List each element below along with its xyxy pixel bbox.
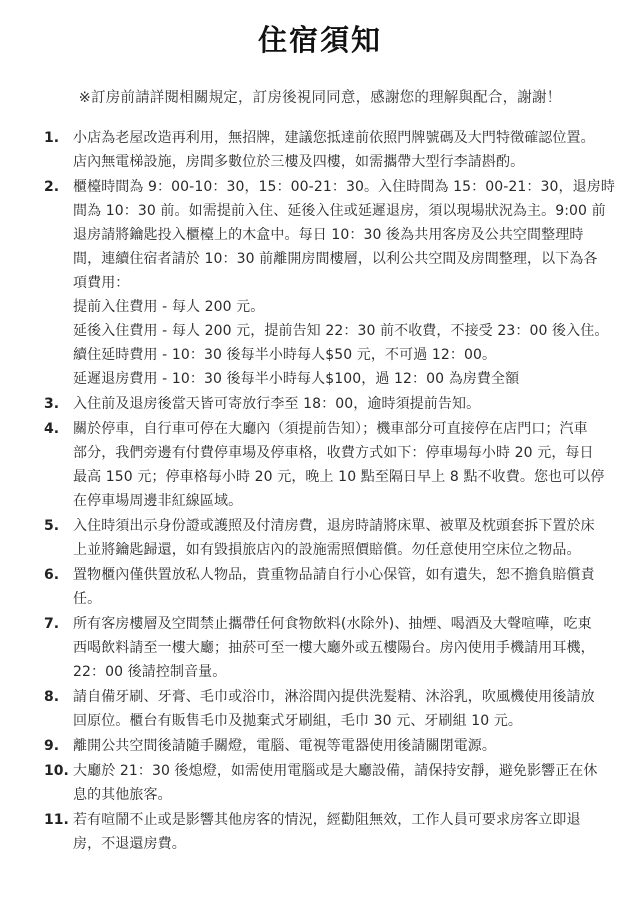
rule-item: 3.入住前及退房後當天皆可寄放行李至 18：00，逾時須提前告知。 (0, 392, 640, 416)
rule-text-line: 間，連續住宿者請於 10：30 前離開房間樓層，以利公共空間及房間整理，以下為各 (73, 247, 613, 271)
rule-text-line: 置物櫃內僅供置放私人物品，貴重物品請自行小心保管，如有遺失，恕不擔負賠償責 (73, 563, 613, 587)
rule-text-line: 關於停車，自行車可停在大廳內（須提前告知）；機車部分可直接停在店門口；汽車 (73, 417, 613, 441)
rule-item: 8.請自備牙刷、牙膏、毛巾或浴巾，淋浴間內提供洗髮精、沐浴乳，吹風機使用後請放回… (0, 685, 640, 733)
rule-text-line: 上並將鑰匙歸還，如有毀損旅店內的設施需照價賠償。勿任意使用空床位之物品。 (73, 538, 613, 562)
rule-text-line: 續住延時費用 - 10：30 後每半小時每人$50 元，不可過 12：00。 (73, 343, 613, 367)
rule-number: 7. (44, 612, 59, 636)
rule-text-line: 小店為老屋改造再利用，無招牌，建議您抵達前依照門牌號碼及大門特徵確認位置。 (73, 126, 613, 150)
rule-text-line: 任。 (73, 587, 613, 611)
rule-number: 4. (44, 417, 59, 441)
rule-text-line: 入住時須出示身份證或護照及付清房費，退房時請將床單、被單及枕頭套拆下置於床 (73, 514, 613, 538)
rule-text-line: 回原位。櫃台有販售毛巾及拋棄式牙刷組，毛巾 30 元、牙刷組 10 元。 (73, 709, 613, 733)
rule-text-line: 店內無電梯設施，房間多數位於三樓及四樓，如需攜帶大型行李請斟酌。 (73, 150, 613, 174)
rule-text-line: 離開公共空間後請隨手關燈，電腦、電視等電器使用後請關閉電源。 (73, 734, 613, 758)
rule-item: 1.小店為老屋改造再利用，無招牌，建議您抵達前依照門牌號碼及大門特徵確認位置。店… (0, 126, 640, 174)
rule-text-line: 項費用： (73, 271, 613, 295)
rule-number: 5. (44, 514, 59, 538)
rule-item: 7.所有客房樓層及空間禁止攜帶任何食物飲料(水除外)、抽煙、喝酒及大聲喧嘩，吃東… (0, 612, 640, 684)
rule-item: 4.關於停車，自行車可停在大廳內（須提前告知）；機車部分可直接停在店門口；汽車部… (0, 417, 640, 513)
rule-number: 10. (44, 759, 69, 783)
rule-text-line: 西喝飲料請至一樓大廳；抽菸可至一樓大廳外或五樓陽台。房內使用手機請用耳機， (73, 636, 613, 660)
rule-text-line: 最高 150 元；停車格每小時 20 元，晚上 10 點至隔日早上 8 點不收費… (73, 465, 613, 489)
rule-number: 9. (44, 734, 59, 758)
rule-number: 3. (44, 392, 59, 416)
rule-item: 5.入住時須出示身份證或護照及付清房費，退房時請將床單、被單及枕頭套拆下置於床上… (0, 514, 640, 562)
rule-number: 2. (44, 175, 59, 199)
rule-text-line: 提前入住費用 - 每人 200 元。 (73, 295, 613, 319)
rule-text-line: 入住前及退房後當天皆可寄放行李至 18：00，逾時須提前告知。 (73, 392, 613, 416)
rule-text-line: 所有客房樓層及空間禁止攜帶任何食物飲料(水除外)、抽煙、喝酒及大聲喧嘩，吃東 (73, 612, 613, 636)
rule-item: 6.置物櫃內僅供置放私人物品，貴重物品請自行小心保管，如有遺失，恕不擔負賠償責任… (0, 563, 640, 611)
rule-text-line: 22：00 後請控制音量。 (73, 660, 613, 684)
rule-text-line: 大廳於 21：30 後熄燈，如需使用電腦或是大廳設備，請保持安靜，避免影響正在休 (73, 759, 613, 783)
rule-number: 6. (44, 563, 59, 587)
rule-text-line: 櫃檯時間為 9：00-10：30，15：00-21：30。入住時間為 15：00… (73, 175, 613, 199)
rules-list: 1.小店為老屋改造再利用，無招牌，建議您抵達前依照門牌號碼及大門特徵確認位置。店… (0, 126, 640, 857)
rule-text-line: 若有喧鬧不止或是影響其他房客的情況，經勸阻無效，工作人員可要求房客立即退 (73, 808, 613, 832)
rule-text-line: 延後入住費用 - 每人 200 元，提前告知 22：30 前不收費，不接受 23… (73, 319, 613, 343)
rule-text-line: 房，不退還房費。 (73, 832, 613, 856)
rule-text-line: 請自備牙刷、牙膏、毛巾或浴巾，淋浴間內提供洗髮精、沐浴乳，吹風機使用後請放 (73, 685, 613, 709)
rule-text-line: 在停車場周邊非紅線區域。 (73, 489, 613, 513)
rule-text-line: 部分，我們旁邊有付費停車場及停車格，收費方式如下：停車場每小時 20 元，每日 (73, 441, 613, 465)
document-subtitle: ※訂房前請詳閱相關規定，訂房後視同同意，感謝您的理解與配合，謝謝！ (0, 86, 640, 110)
rule-item: 11.若有喧鬧不止或是影響其他房客的情況，經勸阻無效，工作人員可要求房客立即退房… (0, 808, 640, 856)
rule-number: 1. (44, 126, 59, 150)
rule-item: 2.櫃檯時間為 9：00-10：30，15：00-21：30。入住時間為 15：… (0, 175, 640, 391)
rule-item: 9.離開公共空間後請隨手關燈，電腦、電視等電器使用後請關閉電源。 (0, 734, 640, 758)
rule-number: 11. (44, 808, 69, 832)
document-title: 住宿須知 (0, 20, 640, 60)
rule-text-line: 間為 10：30 前。如需提前入住、延後入住或延遲退房，須以現場狀況為主。9:0… (73, 199, 613, 223)
rule-text-line: 延遲退房費用 - 10：30 後每半小時每人$100，過 12：00 為房費全額 (73, 367, 613, 391)
rule-item: 10.大廳於 21：30 後熄燈，如需使用電腦或是大廳設備，請保持安靜，避免影響… (0, 759, 640, 807)
rule-number: 8. (44, 685, 59, 709)
rule-text-line: 息的其他旅客。 (73, 783, 613, 807)
rule-text-line: 退房請將鑰匙投入櫃檯上的木盒中。每日 10：30 後為共用客房及公共空間整理時 (73, 223, 613, 247)
